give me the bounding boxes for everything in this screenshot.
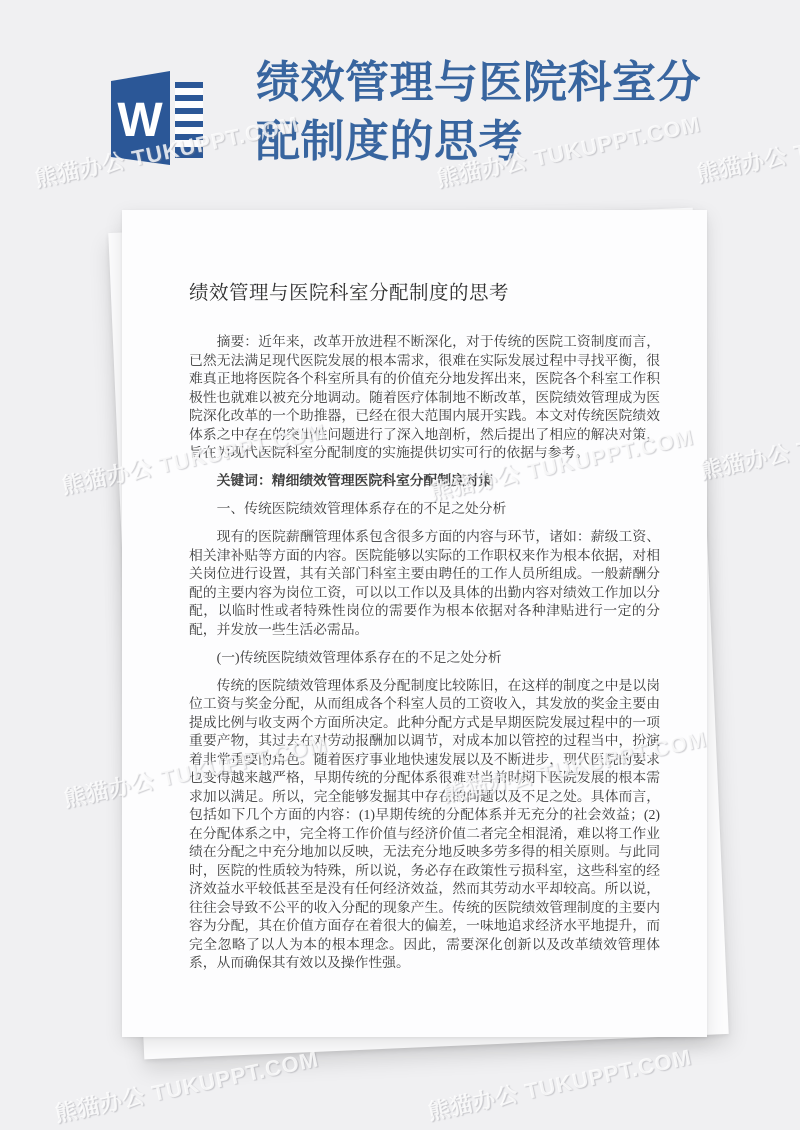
doc-paragraph-body: 传统的医院绩效管理体系及分配制度比较陈旧，在这样的制度之中是以岗位工资与奖金分配… — [189, 677, 660, 973]
doc-paragraph-body: 现有的医院薪酬管理体系包含很多方面的内容与环节，诸如：薪级工资、相关津补贴等方面… — [189, 528, 660, 639]
page-title-line2: 配制度的思考 — [256, 112, 701, 171]
document-page: 绩效管理与医院科室分配制度的思考 摘要：近年来，改革开放进程不断深化，对于传统的… — [122, 210, 707, 1037]
document-title: 绩效管理与医院科室分配制度的思考 — [189, 281, 660, 307]
page: { "header": { "icon": { "name": "word-ic… — [0, 0, 800, 1130]
header: W 绩效管理与医院科室分 配制度的思考 — [0, 0, 800, 205]
page-title: 绩效管理与医院科室分 配制度的思考 — [256, 53, 701, 171]
doc-paragraph-heading: 一、传统医院绩效管理体系存在的不足之处分析 — [189, 500, 660, 519]
doc-paragraph-body: 摘要：近年来，改革开放进程不断深化，对于传统的医院工资制度而言，已然无法满足现代… — [189, 333, 660, 463]
doc-body: 摘要：近年来，改革开放进程不断深化，对于传统的医院工资制度而言，已然无法满足现代… — [189, 333, 660, 973]
doc-paragraph-heading: (一)传统医院绩效管理体系存在的不足之处分析 — [189, 649, 660, 668]
word-icon: W — [105, 60, 205, 165]
word-icon-letter: W — [117, 94, 163, 147]
page-title-line1: 绩效管理与医院科室分 — [256, 53, 701, 112]
watermark-text: 熊猫办公 TUKUPPT.COM — [425, 1040, 695, 1126]
watermark-text: 熊猫办公 TUKUPPT.COM — [697, 399, 800, 485]
doc-paragraph-keywords: 关键词：精细绩效管理医院科室分配制度对策 — [189, 472, 660, 491]
